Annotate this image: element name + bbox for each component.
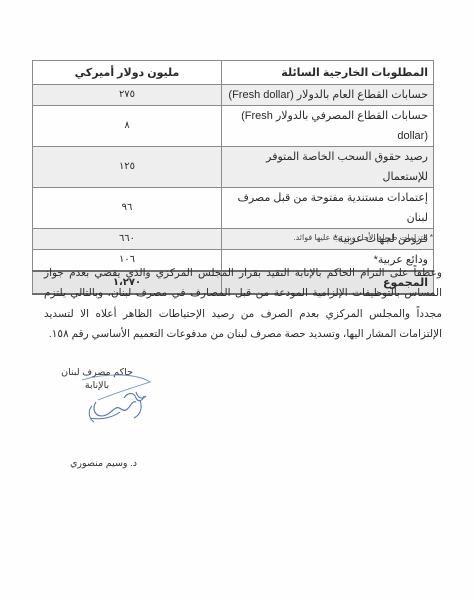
signatory-name: د. وسيم منصوري — [70, 458, 137, 469]
table-row: رصيد حقوق السحب الخاصة المتوفر للإستعمال… — [33, 147, 434, 188]
table-footnote: * التزامات طويلة الأجل ويترتب عليها فوائ… — [293, 233, 433, 242]
body-paragraph: وعطفاً على التزام الحاكم بالإنابة التقيد… — [44, 263, 442, 345]
table-row: إعتمادات مستندية مفتوحة من قبل مصرف لبنا… — [33, 188, 434, 229]
table-row: حسابات القطاع المصرفي بالدولار (Fresh do… — [33, 106, 434, 147]
table-row: حسابات القطاع العام بالدولار (Fresh doll… — [33, 85, 434, 106]
row-amount: ١٢٥ — [33, 147, 222, 188]
liabilities-table: المطلوبات الخارجية السائلة مليون دولار أ… — [32, 60, 434, 295]
header-amount: مليون دولار أميركي — [33, 61, 222, 85]
row-description: حسابات القطاع المصرفي بالدولار (Fresh do… — [222, 106, 434, 147]
table-header-row: المطلوبات الخارجية السائلة مليون دولار أ… — [33, 61, 434, 85]
document-page: المطلوبات الخارجية السائلة مليون دولار أ… — [0, 0, 474, 600]
row-amount: ٢٧٥ — [33, 85, 222, 106]
header-description: المطلوبات الخارجية السائلة — [222, 61, 434, 85]
row-description: رصيد حقوق السحب الخاصة المتوفر للإستعمال — [222, 147, 434, 188]
handwritten-signature-icon — [78, 372, 158, 432]
row-description: إعتمادات مستندية مفتوحة من قبل مصرف لبنا… — [222, 188, 434, 229]
row-amount: ٩٦ — [33, 188, 222, 229]
row-description: حسابات القطاع العام بالدولار (Fresh doll… — [222, 85, 434, 106]
row-amount: ٨ — [33, 106, 222, 147]
row-amount: ٦٦٠ — [33, 229, 222, 250]
